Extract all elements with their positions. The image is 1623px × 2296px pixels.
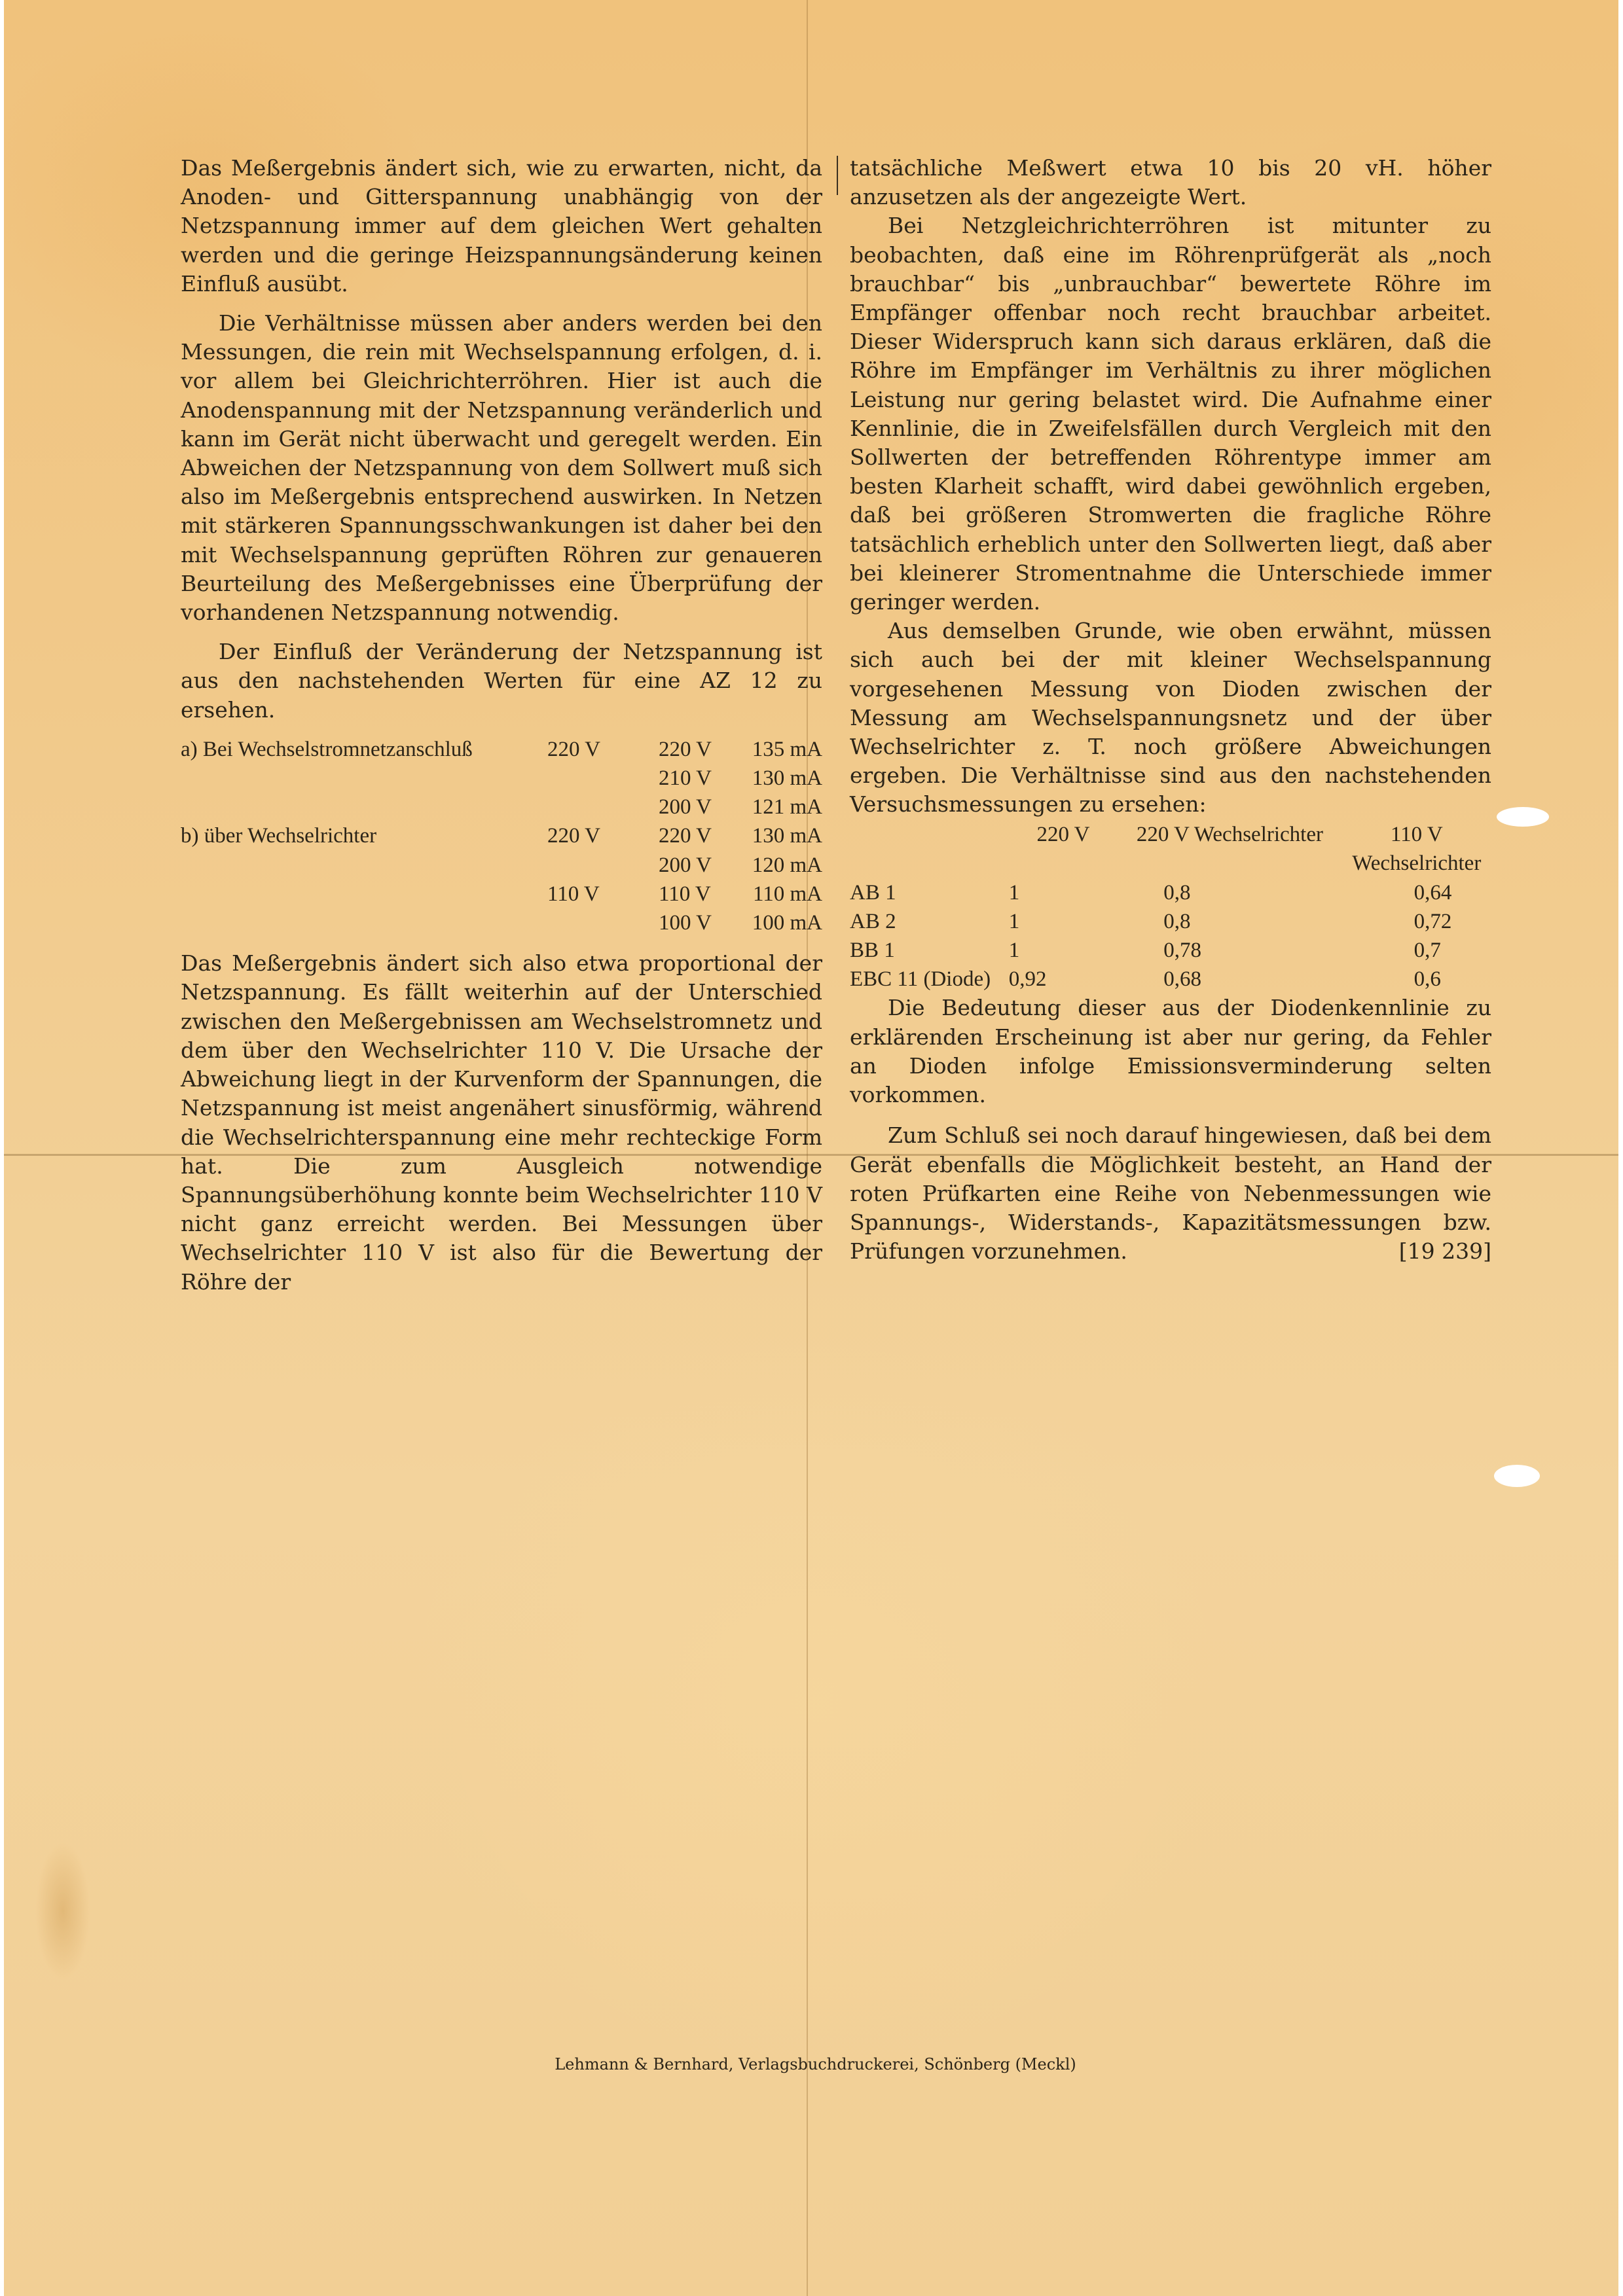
paragraph: tatsächliche Meßwert etwa 10 bis 20 vH. … (850, 154, 1491, 211)
table-row: a) Bei Wechselstromnetzanschluß220 V220 … (181, 735, 822, 764)
cell-nominal (547, 764, 659, 793)
cell-current: 100 mA (744, 908, 822, 937)
cell-current: 110 mA (744, 880, 822, 908)
cell-nominal (547, 908, 659, 937)
cell-wr220: 0,78 (1118, 936, 1341, 965)
paper-hole-upper (1497, 807, 1549, 827)
cell-wr110: 0,64 (1342, 878, 1491, 907)
cell-label (181, 880, 547, 908)
cell-tube: BB 1 (850, 936, 1009, 965)
paragraph: Zum Schluß sei noch darauf hingewiesen, … (850, 1121, 1491, 1266)
table-row: EBC 11 (Diode)0,920,680,6 (850, 965, 1491, 994)
cell-v220: 1 (1009, 907, 1118, 936)
cell-current: 130 mA (744, 764, 822, 793)
cell-wr220: 0,8 (1118, 907, 1341, 936)
cell-v220: 1 (1009, 878, 1118, 907)
cell-label: b) über Wechselrichter (181, 821, 547, 850)
cell-voltage: 220 V (659, 821, 744, 850)
cell-tube: EBC 11 (Diode) (850, 965, 1009, 994)
cell-wr110: 0,72 (1342, 907, 1491, 936)
cell-voltage: 100 V (659, 908, 744, 937)
paragraph: Die Bedeutung dieser aus der Diodenkennl… (850, 994, 1491, 1109)
table-header (850, 819, 1009, 878)
cell-v220: 1 (1009, 936, 1118, 965)
left-column: Das Meßergebnis ändert sich, wie zu erwa… (181, 154, 822, 1297)
cell-label (181, 851, 547, 880)
cell-wr110: 0,7 (1342, 936, 1491, 965)
right-column: tatsächliche Meßwert etwa 10 bis 20 vH. … (850, 154, 1491, 1266)
paragraph: Die Verhältnisse müssen aber anders werd… (181, 309, 822, 627)
cell-v220: 0,92 (1009, 965, 1118, 994)
cell-current: 121 mA (744, 793, 822, 821)
cell-current: 130 mA (744, 821, 822, 850)
cell-label (181, 908, 547, 937)
printer-imprint: Lehmann & Bernhard, Verlagsbuchdruckerei… (4, 2055, 1623, 2073)
diode-measurement-table: 220 V 220 V Wechselrichter 110 V Wechsel… (850, 819, 1491, 994)
table-row: BB 110,780,7 (850, 936, 1491, 965)
cell-tube: AB 2 (850, 907, 1009, 936)
cell-label (181, 764, 547, 793)
cell-nominal: 110 V (547, 880, 659, 908)
cell-voltage: 220 V (659, 735, 744, 764)
paragraph: Der Einfluß der Veränderung der Netzspan… (181, 637, 822, 725)
cell-nominal: 220 V (547, 735, 659, 764)
reference-number: [19 239] (1361, 1237, 1491, 1266)
cell-label (181, 793, 547, 821)
table-row: AB 110,80,64 (850, 878, 1491, 907)
table-header: 220 V (1009, 819, 1118, 878)
cell-tube: AB 1 (850, 878, 1009, 907)
column-rule (837, 156, 838, 195)
cell-voltage: 110 V (659, 880, 744, 908)
cell-voltage: 200 V (659, 851, 744, 880)
table-row: 200 V120 mA (181, 851, 822, 880)
cell-nominal (547, 793, 659, 821)
cell-current: 135 mA (744, 735, 822, 764)
paragraph: Das Meßergebnis ändert sich also etwa pr… (181, 949, 822, 1296)
table-row: 110 V110 V110 mA (181, 880, 822, 908)
cell-voltage: 210 V (659, 764, 744, 793)
table-header: 220 V Wechselrichter (1118, 819, 1341, 878)
cell-current: 120 mA (744, 851, 822, 880)
cell-nominal (547, 851, 659, 880)
table-row: 100 V100 mA (181, 908, 822, 937)
cell-wr220: 0,8 (1118, 878, 1341, 907)
table-row: AB 210,80,72 (850, 907, 1491, 936)
cell-voltage: 200 V (659, 793, 744, 821)
paragraph: Aus demselben Grunde, wie oben erwähnt, … (850, 617, 1491, 819)
az12-values-table: a) Bei Wechselstromnetzanschluß220 V220 … (181, 735, 822, 937)
table-row: b) über Wechselrichter220 V220 V130 mA (181, 821, 822, 850)
table-header: 110 V Wechselrichter (1342, 819, 1491, 878)
cell-nominal: 220 V (547, 821, 659, 850)
table-row: 210 V130 mA (181, 764, 822, 793)
paragraph: Das Meßergebnis ändert sich, wie zu erwa… (181, 154, 822, 298)
cell-label: a) Bei Wechselstromnetzanschluß (181, 735, 547, 764)
table-row: 200 V121 mA (181, 793, 822, 821)
cell-wr220: 0,68 (1118, 965, 1341, 994)
paper-hole-lower (1494, 1465, 1540, 1487)
paper-sheet: Das Meßergebnis ändert sich, wie zu erwa… (4, 0, 1618, 2296)
paragraph: Bei Netzgleichrichterröhren ist mitunter… (850, 211, 1491, 617)
cell-wr110: 0,6 (1342, 965, 1491, 994)
